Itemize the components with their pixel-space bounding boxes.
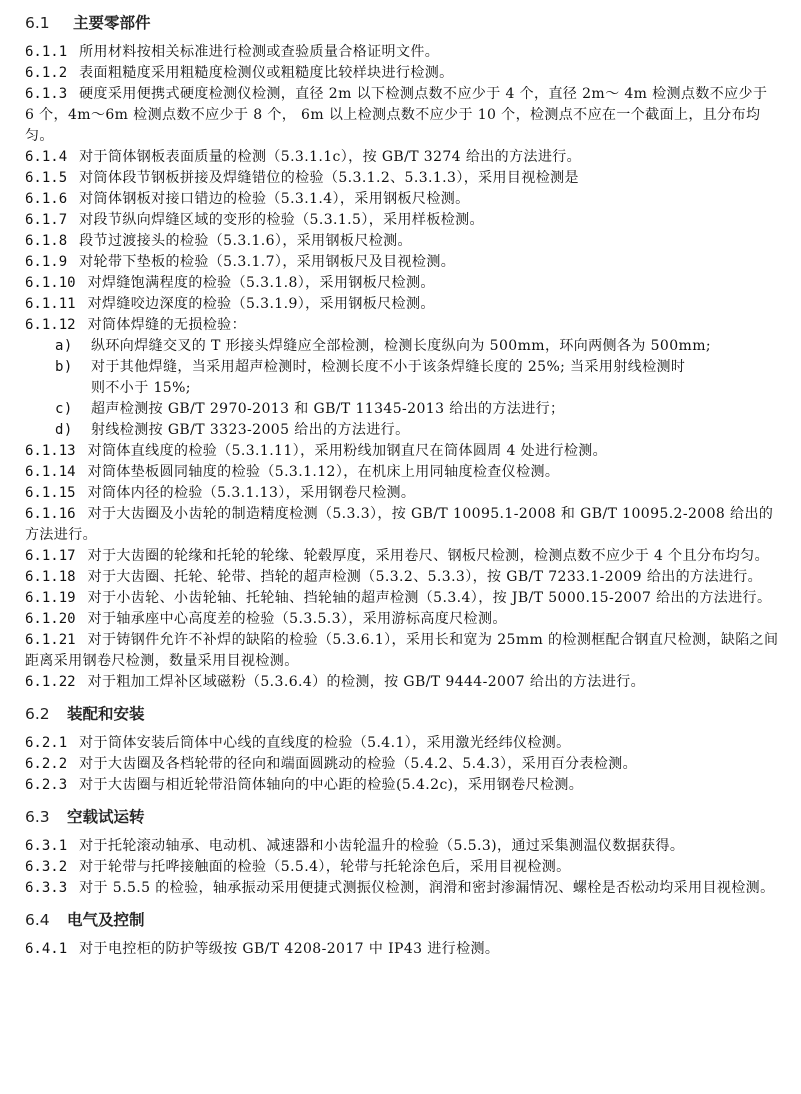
clause-text: 表面粗糙度采用粗糙度检测仪或粗糙度比较样块进行检测。 <box>79 65 453 81</box>
clause-6-1-12: 6.1.12对筒体焊缝的无损检验： <box>25 315 779 336</box>
section-heading-6-4: 6.4电气及控制 <box>25 909 779 931</box>
clause-text: 对于大齿圈及小齿轮的制造精度检测（5.3.3），按 GB/T 10095.1-2… <box>25 506 773 543</box>
clause-text: 对筒体垫板圆同轴度的检验（5.3.1.12），在机床上用同轴度检查仪检测。 <box>88 464 560 480</box>
clause-text: 对于粗加工焊补区域磁粉（5.3.6.4）的检测，按 GB/T 9444-2007… <box>88 674 645 690</box>
clause-number: 6.1.9 <box>25 254 67 270</box>
clause-6-1-5: 6.1.5对筒体段节钢板拼接及焊缝错位的检验（5.3.1.2、5.3.1.3），… <box>25 168 779 189</box>
clause-text: 所用材料按相关标准进行检测或查验质量合格证明文件。 <box>79 44 439 60</box>
clause-text: 对轮带下垫板的检验（5.3.1.7），采用钢板尺及目视检测。 <box>79 254 455 270</box>
clause-6-1-6: 6.1.6对筒体钢板对接口错边的检验（5.3.1.4），采用钢板尺检测。 <box>25 189 779 210</box>
clause-text: 对于小齿轮、小齿轮轴、托轮轴、挡轮轴的超声检测（5.3.4），按 JB/T 50… <box>88 590 772 606</box>
clause-number: 6.1.20 <box>25 611 76 627</box>
clause-6-1-7: 6.1.7对段节纵向焊缝区域的变形的检验（5.3.1.5），采用样板检测。 <box>25 210 779 231</box>
document-page: 6.1主要零部件 6.1.1所用材料按相关标准进行检测或查验质量合格证明文件。 … <box>0 0 801 960</box>
clause-number: 6.1.5 <box>25 170 67 186</box>
section-heading-6-1: 6.1主要零部件 <box>25 12 779 34</box>
section-number: 6.2 <box>25 703 67 725</box>
subclause-label: a) <box>55 336 91 357</box>
clause-number: 6.1.21 <box>25 632 76 648</box>
clause-number: 6.3.3 <box>25 880 67 896</box>
clause-number: 6.1.11 <box>25 296 76 312</box>
clause-6-2-3: 6.2.3对于大齿圈与相近轮带沿筒体轴向的中心距的检验(5.4.2c)，采用钢卷… <box>25 775 779 796</box>
clause-number: 6.1.22 <box>25 674 76 690</box>
clause-text: 对筒体钢板对接口错边的检验（5.3.1.4），采用钢板尺检测。 <box>79 191 469 207</box>
clause-6-3-1: 6.3.1对于托轮滚动轴承、电动机、减速器和小齿轮温升的检验（5.5.3)，通过… <box>25 836 779 857</box>
clause-6-1-20: 6.1.20对于轴承座中心高度差的检验（5.3.5.3），采用游标高度尺检测。 <box>25 609 779 630</box>
clause-text: 对于 5.5.5 的检验，轴承振动采用便捷式测振仪检测，润滑和密封渗漏情况、螺栓… <box>79 880 774 896</box>
clause-number: 6.1.18 <box>25 569 76 585</box>
clause-number: 6.2.1 <box>25 735 67 751</box>
clause-6-1-13: 6.1.13对筒体直线度的检验（5.3.1.11），采用粉线加钢直尺在筒体圆周 … <box>25 441 779 462</box>
section-title: 空载试运转 <box>67 808 145 826</box>
clause-text: 对焊缝饱满程度的检验（5.3.1.8），采用钢板尺检测。 <box>88 275 435 291</box>
clause-6-1-9: 6.1.9对轮带下垫板的检验（5.3.1.7），采用钢板尺及目视检测。 <box>25 252 779 273</box>
clause-text: 对于铸钢件允许不补焊的缺陷的检验（5.3.6.1），采用长和宽为 25mm 的检… <box>25 632 778 669</box>
subclause-d: d)射线检测按 GB/T 3323-2005 给出的方法进行。 <box>25 420 779 441</box>
subclause-text: 射线检测按 GB/T 3323-2005 给出的方法进行。 <box>91 422 409 438</box>
clause-number: 6.1.1 <box>25 44 67 60</box>
clause-number: 6.1.16 <box>25 506 76 522</box>
clause-number: 6.1.19 <box>25 590 76 606</box>
clause-6-1-19: 6.1.19对于小齿轮、小齿轮轴、托轮轴、挡轮轴的超声检测（5.3.4），按 J… <box>25 588 779 609</box>
clause-text: 对于筒体安装后筒体中心线的直线度的检验（5.4.1），采用激光经纬仪检测。 <box>79 735 570 751</box>
clause-number: 6.3.1 <box>25 838 67 854</box>
subclause-b: b)对于其他焊缝，当采用超声检测时，检测长度不小于该条焊缝长度的 25%; 当采… <box>25 357 779 399</box>
subclause-label: b) <box>55 357 91 378</box>
clause-text: 对段节纵向焊缝区域的变形的检验（5.3.1.5），采用样板检测。 <box>79 212 484 228</box>
section-title: 装配和安装 <box>67 705 145 723</box>
clause-number: 6.2.2 <box>25 756 67 772</box>
clause-text: 对焊缝咬边深度的检验（5.3.1.9），采用钢板尺检测。 <box>88 296 435 312</box>
clause-6-1-21: 6.1.21对于铸钢件允许不补焊的缺陷的检验（5.3.6.1），采用长和宽为 2… <box>25 630 779 672</box>
clause-6-1-18: 6.1.18对于大齿圈、托轮、轮带、挡轮的超声检测（5.3.2、5.3.3），按… <box>25 567 779 588</box>
subclause-continuation: 则不小于 15%; <box>55 378 779 399</box>
clause-number: 6.1.4 <box>25 149 67 165</box>
clause-text: 段节过渡接头的检验（5.3.1.6），采用钢板尺检测。 <box>79 233 412 249</box>
clause-6-1-16: 6.1.16对于大齿圈及小齿轮的制造精度检测（5.3.3），按 GB/T 100… <box>25 504 779 546</box>
clause-number: 6.4.1 <box>25 941 67 957</box>
clause-6-1-8: 6.1.8段节过渡接头的检验（5.3.1.6），采用钢板尺检测。 <box>25 231 779 252</box>
clause-text: 对于轮带与托哗接触面的检验（5.5.4），轮带与托轮涂色后，采用目视检测。 <box>79 859 570 875</box>
clause-6-1-1: 6.1.1所用材料按相关标准进行检测或查验质量合格证明文件。 <box>25 42 779 63</box>
clause-6-3-3: 6.3.3对于 5.5.5 的检验，轴承振动采用便捷式测振仪检测，润滑和密封渗漏… <box>25 878 779 899</box>
clause-6-1-2: 6.1.2表面粗糙度采用粗糙度检测仪或粗糙度比较样块进行检测。 <box>25 63 779 84</box>
clause-text: 对于大齿圈的轮缘和托轮的轮缘、轮毂厚度，采用卷尺、钢板尺检测，检测点数不应少于 … <box>88 548 769 564</box>
clause-text: 硬度采用便携式硬度检测仪检测，直径 2m 以下检测点数不应少于 4 个，直径 2… <box>25 86 767 144</box>
clause-number: 6.2.3 <box>25 777 67 793</box>
subclause-a: a)纵环向焊缝交叉的 T 形接头焊缝应全部检测，检测长度纵向为 500mm，环向… <box>25 336 779 357</box>
clause-6-1-3: 6.1.3硬度采用便携式硬度检测仪检测，直径 2m 以下检测点数不应少于 4 个… <box>25 84 779 147</box>
clause-number: 6.1.15 <box>25 485 76 501</box>
clause-6-1-4: 6.1.4对于筒体钢板表面质量的检测（5.3.1.1c），按 GB/T 3274… <box>25 147 779 168</box>
clause-number: 6.1.8 <box>25 233 67 249</box>
clause-number: 6.3.2 <box>25 859 67 875</box>
clause-text: 对筒体段节钢板拼接及焊缝错位的检验（5.3.1.2、5.3.1.3），采用目视检… <box>79 170 579 186</box>
clause-6-1-11: 6.1.11对焊缝咬边深度的检验（5.3.1.9），采用钢板尺检测。 <box>25 294 779 315</box>
clause-text: 对于大齿圈与相近轮带沿筒体轴向的中心距的检验(5.4.2c)，采用钢卷尺检测。 <box>79 777 583 793</box>
clause-number: 6.1.2 <box>25 65 67 81</box>
section-number: 6.3 <box>25 806 67 828</box>
clause-6-2-2: 6.2.2对于大齿圈及各档轮带的径向和端面圆跳动的检验（5.4.2、5.4.3）… <box>25 754 779 775</box>
section-number: 6.1 <box>25 12 73 34</box>
clause-number: 6.1.3 <box>25 86 67 102</box>
section-title: 电气及控制 <box>67 911 145 929</box>
clause-number: 6.1.7 <box>25 212 67 228</box>
clause-text: 对于轴承座中心高度差的检验（5.3.5.3），采用游标高度尺检测。 <box>88 611 507 627</box>
clause-6-3-2: 6.3.2对于轮带与托哗接触面的检验（5.5.4），轮带与托轮涂色后，采用目视检… <box>25 857 779 878</box>
subclause-label: d) <box>55 420 91 441</box>
clause-6-1-15: 6.1.15对筒体内径的检验（5.3.1.13），采用钢卷尺检测。 <box>25 483 779 504</box>
subclause-c: c)超声检测按 GB/T 2970-2013 和 GB/T 11345-2013… <box>25 399 779 420</box>
clause-text: 对筒体直线度的检验（5.3.1.11），采用粉线加钢直尺在筒体圆周 4 处进行检… <box>88 443 608 459</box>
clause-number: 6.1.6 <box>25 191 67 207</box>
clause-6-2-1: 6.2.1对于筒体安装后筒体中心线的直线度的检验（5.4.1），采用激光经纬仪检… <box>25 733 779 754</box>
clause-number: 6.1.10 <box>25 275 76 291</box>
clause-number: 6.1.12 <box>25 317 76 333</box>
clause-text: 对于大齿圈、托轮、轮带、挡轮的超声检测（5.3.2、5.3.3），按 GB/T … <box>88 569 762 585</box>
clause-text: 对于托轮滚动轴承、电动机、减速器和小齿轮温升的检验（5.5.3)，通过采集测温仪… <box>79 838 684 854</box>
clause-text: 对于筒体钢板表面质量的检测（5.3.1.1c），按 GB/T 3274 给出的方… <box>79 149 581 165</box>
clause-text: 对筒体焊缝的无损检验： <box>88 317 246 333</box>
subclause-text: 超声检测按 GB/T 2970-2013 和 GB/T 11345-2013 给… <box>91 401 564 417</box>
clause-6-4-1: 6.4.1对于电控柜的防护等级按 GB/T 4208-2017 中 IP43 进… <box>25 939 779 960</box>
clause-text: 对筒体内径的检验（5.3.1.13），采用钢卷尺检测。 <box>88 485 416 501</box>
subclause-text: 纵环向焊缝交叉的 T 形接头焊缝应全部检测，检测长度纵向为 500mm，环向两侧… <box>91 338 711 354</box>
subclause-text: 对于其他焊缝，当采用超声检测时，检测长度不小于该条焊缝长度的 25%; 当采用射… <box>91 359 685 375</box>
section-title: 主要零部件 <box>73 14 151 32</box>
clause-6-1-14: 6.1.14对筒体垫板圆同轴度的检验（5.3.1.12），在机床上用同轴度检查仪… <box>25 462 779 483</box>
section-heading-6-2: 6.2装配和安装 <box>25 703 779 725</box>
clause-number: 6.1.14 <box>25 464 76 480</box>
section-number: 6.4 <box>25 909 67 931</box>
clause-text: 对于大齿圈及各档轮带的径向和端面圆跳动的检验（5.4.2、5.4.3），采用百分… <box>79 756 637 772</box>
clause-6-1-10: 6.1.10对焊缝饱满程度的检验（5.3.1.8），采用钢板尺检测。 <box>25 273 779 294</box>
clause-text: 对于电控柜的防护等级按 GB/T 4208-2017 中 IP43 进行检测。 <box>79 941 499 957</box>
clause-number: 6.1.17 <box>25 548 76 564</box>
clause-number: 6.1.13 <box>25 443 76 459</box>
section-heading-6-3: 6.3空载试运转 <box>25 806 779 828</box>
subclause-label: c) <box>55 399 91 420</box>
clause-6-1-22: 6.1.22对于粗加工焊补区域磁粉（5.3.6.4）的检测，按 GB/T 944… <box>25 672 779 693</box>
clause-6-1-17: 6.1.17对于大齿圈的轮缘和托轮的轮缘、轮毂厚度，采用卷尺、钢板尺检测，检测点… <box>25 546 779 567</box>
